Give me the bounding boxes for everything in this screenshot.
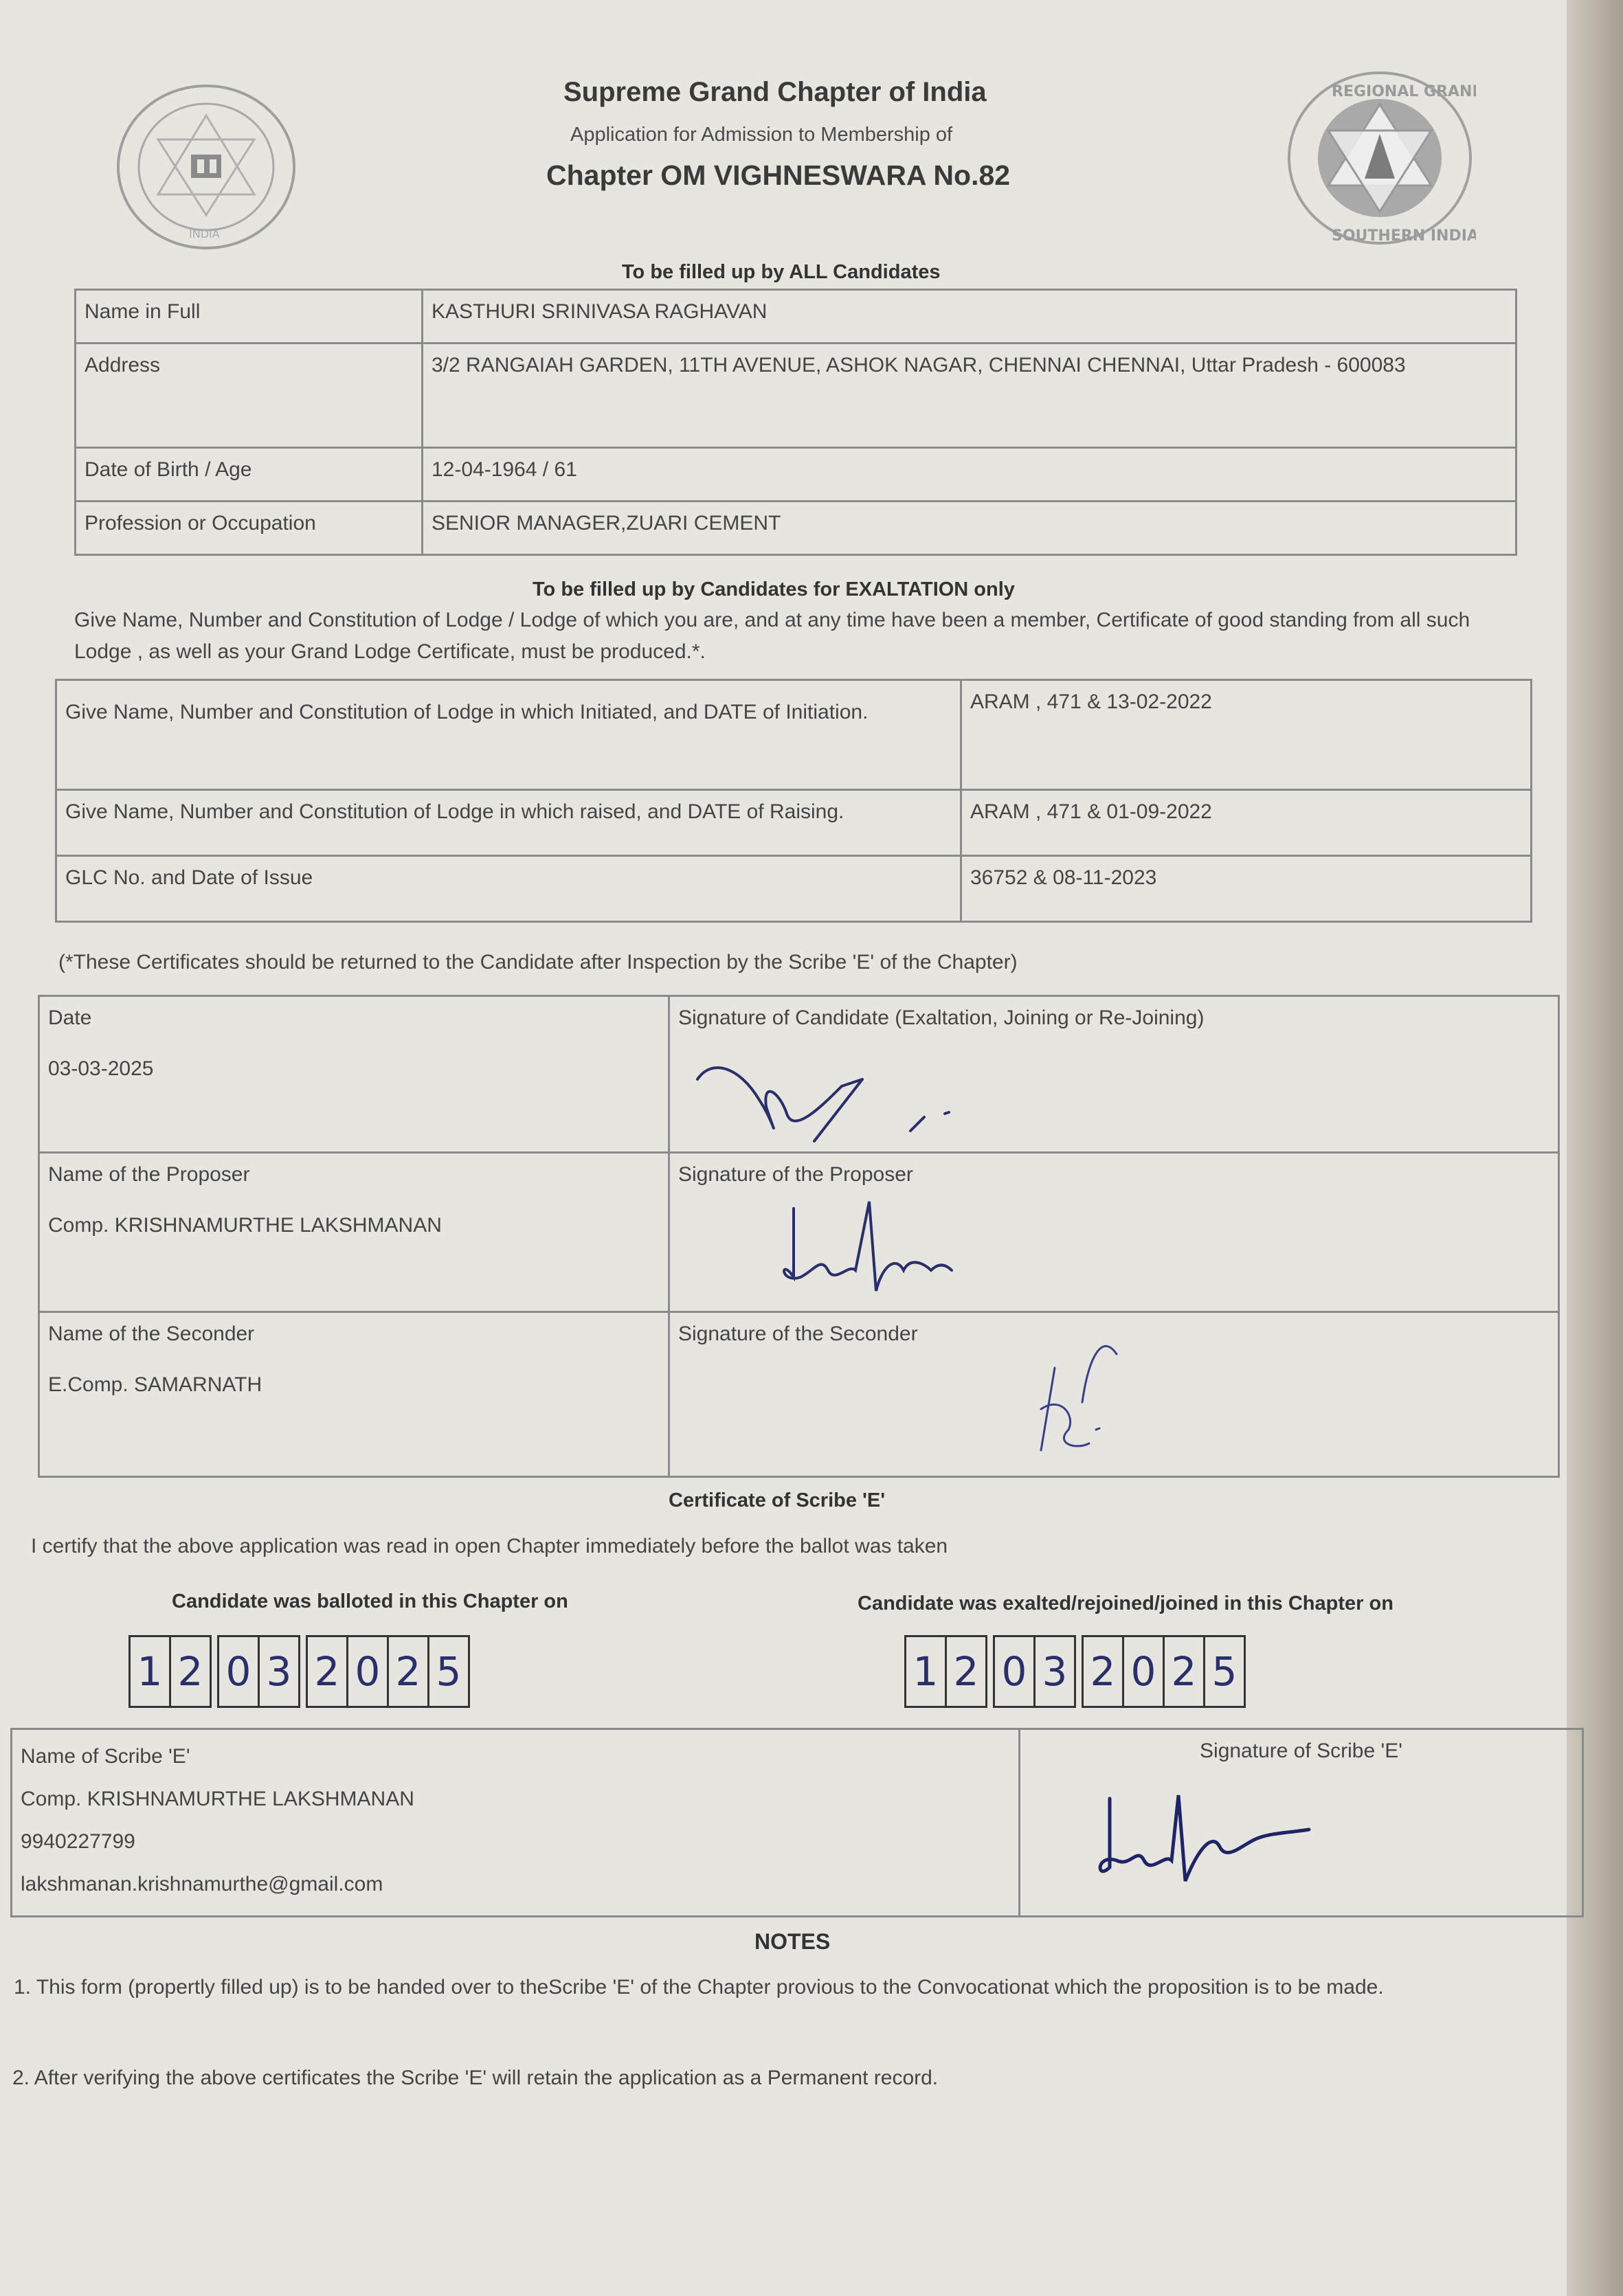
- proposer-label: Name of the Proposer: [48, 1163, 660, 1186]
- balloted-year: 2 0 2 5: [306, 1635, 470, 1708]
- table-row: Name of Scribe 'E' Comp. KRISHNAMURTHE L…: [12, 1729, 1583, 1917]
- balloted-date-boxes: 1 2 0 3 2 0 2 5: [128, 1635, 470, 1708]
- svg-text:INDIA: INDIA: [189, 227, 220, 240]
- digit-box[interactable]: 2: [1084, 1637, 1122, 1706]
- scribe-signature-icon: [1082, 1792, 1385, 1895]
- name-in-full-field[interactable]: KASTHURI SRINIVASA RAGHAVAN: [423, 290, 1516, 344]
- digit-box[interactable]: 2: [387, 1637, 427, 1706]
- field-label: Name in Full: [76, 290, 423, 344]
- application-date-field[interactable]: 03-03-2025: [48, 1057, 660, 1081]
- digit-box[interactable]: 0: [219, 1637, 258, 1706]
- exaltation-instructions: Give Name, Number and Constitution of Lo…: [74, 605, 1510, 668]
- digit-box[interactable]: 0: [346, 1637, 387, 1706]
- field-label: Profession or Occupation: [76, 502, 423, 555]
- application-subtitle: Application for Admission to Membership …: [570, 124, 952, 146]
- scribe-phone-field[interactable]: 9940227799: [21, 1821, 1010, 1863]
- digit-box[interactable]: 2: [945, 1637, 985, 1706]
- svg-text:SOUTHERN INDIA: SOUTHERN INDIA: [1332, 227, 1476, 245]
- digit-box[interactable]: 0: [995, 1637, 1033, 1706]
- digit-box[interactable]: 0: [1122, 1637, 1163, 1706]
- exalted-year: 2 0 2 5: [1082, 1635, 1246, 1708]
- paper-edge-shadow: [1567, 0, 1623, 2296]
- table-row: Profession or Occupation SENIOR MANAGER,…: [76, 502, 1516, 555]
- field-label: Give Name, Number and Constitution of Lo…: [56, 680, 961, 790]
- svg-text:REGIONAL GRAND: REGIONAL GRAND: [1332, 83, 1476, 100]
- table-row: Date 03-03-2025 Signature of Candidate (…: [39, 996, 1559, 1153]
- org-title: Supreme Grand Chapter of India: [563, 77, 987, 108]
- proposer-signature-icon: [766, 1195, 1041, 1298]
- field-label: Date of Birth / Age: [76, 448, 423, 502]
- balloted-month: 0 3: [217, 1635, 300, 1708]
- certificate-footnote: (*These Certificates should be returned …: [58, 947, 1018, 978]
- table-row: Give Name, Number and Constitution of Lo…: [56, 790, 1532, 856]
- balloted-label: Candidate was balloted in this Chapter o…: [172, 1590, 568, 1613]
- table-row: Name of the Proposer Comp. KRISHNAMURTHE…: [39, 1153, 1559, 1312]
- field-label: GLC No. and Date of Issue: [56, 856, 961, 922]
- seconder-label: Name of the Seconder: [48, 1323, 660, 1346]
- table-row: GLC No. and Date of Issue 36752 & 08-11-…: [56, 856, 1532, 922]
- raising-lodge-field[interactable]: ARAM , 471 & 01-09-2022: [961, 790, 1532, 856]
- digit-box[interactable]: 1: [906, 1637, 945, 1706]
- table-row: Date of Birth / Age 12-04-1964 / 61: [76, 448, 1516, 502]
- seconder-name-field[interactable]: E.Comp. SAMARNATH: [48, 1373, 660, 1397]
- table-row: Name of the Seconder E.Comp. SAMARNATH S…: [39, 1312, 1559, 1477]
- all-candidates-table: Name in Full KASTHURI SRINIVASA RAGHAVAN…: [74, 289, 1517, 556]
- note-item-2: 2. After verifying the above certificate…: [12, 2062, 1579, 2094]
- seal-supreme-grand-chapter-icon: INDIA: [113, 81, 299, 253]
- digit-box[interactable]: 2: [1163, 1637, 1203, 1706]
- exaltation-table: Give Name, Number and Constitution of Lo…: [55, 679, 1532, 923]
- digit-box[interactable]: 2: [308, 1637, 346, 1706]
- exalted-month: 0 3: [993, 1635, 1076, 1708]
- initiation-lodge-field[interactable]: ARAM , 471 & 13-02-2022: [961, 680, 1532, 790]
- balloted-day: 1 2: [128, 1635, 212, 1708]
- note-item-1: 1. This form (propertly filled up) is to…: [14, 1972, 1580, 2003]
- digit-box[interactable]: 5: [427, 1637, 468, 1706]
- scribe-certificate-title: Certificate of Scribe 'E': [669, 1489, 885, 1512]
- exalted-date-boxes: 1 2 0 3 2 0 2 5: [904, 1635, 1246, 1708]
- signatures-table: Date 03-03-2025 Signature of Candidate (…: [38, 995, 1560, 1478]
- table-row: Give Name, Number and Constitution of Lo…: [56, 680, 1532, 790]
- dob-age-field[interactable]: 12-04-1964 / 61: [423, 448, 1516, 502]
- digit-box[interactable]: 1: [131, 1637, 169, 1706]
- glc-field[interactable]: 36752 & 08-11-2023: [961, 856, 1532, 922]
- address-field[interactable]: 3/2 RANGAIAH GARDEN, 11TH AVENUE, ASHOK …: [423, 344, 1516, 448]
- digit-box[interactable]: 5: [1203, 1637, 1244, 1706]
- notes-title: NOTES: [754, 1929, 830, 1955]
- scribe-name-label: Name of Scribe 'E': [21, 1735, 1010, 1778]
- table-row: Address 3/2 RANGAIAH GARDEN, 11TH AVENUE…: [76, 344, 1516, 448]
- candidate-signature-label: Signature of Candidate (Exaltation, Join…: [678, 1006, 1549, 1030]
- field-label: Address: [76, 344, 423, 448]
- digit-box[interactable]: 3: [258, 1637, 298, 1706]
- exalted-label: Candidate was exalted/rejoined/joined in…: [858, 1592, 1393, 1615]
- seconder-signature-icon: [1014, 1327, 1185, 1464]
- chapter-name: Chapter OM VIGHNESWARA No.82: [546, 159, 1010, 192]
- date-label: Date: [48, 1006, 660, 1030]
- digit-box[interactable]: 3: [1033, 1637, 1074, 1706]
- occupation-field[interactable]: SENIOR MANAGER,ZUARI CEMENT: [423, 502, 1516, 555]
- scribe-email-field[interactable]: lakshmanan.krishnamurthe@gmail.com: [21, 1863, 1010, 1906]
- proposer-name-field[interactable]: Comp. KRISHNAMURTHE LAKSHMANAN: [48, 1214, 660, 1237]
- proposer-signature-label: Signature of the Proposer: [678, 1163, 1549, 1186]
- digit-box[interactable]: 2: [169, 1637, 210, 1706]
- seal-regional-grand-chapter-icon: REGIONAL GRAND SOUTHERN INDIA: [1284, 69, 1476, 247]
- candidate-signature-icon: [684, 1052, 1068, 1148]
- field-label: Give Name, Number and Constitution of Lo…: [56, 790, 961, 856]
- scribe-name-field[interactable]: Comp. KRISHNAMURTHE LAKSHMANAN: [21, 1778, 1010, 1821]
- table-row: Name in Full KASTHURI SRINIVASA RAGHAVAN: [76, 290, 1516, 344]
- exaltation-title: To be filled up by Candidates for EXALTA…: [533, 578, 1015, 601]
- scribe-statement: I certify that the above application was…: [31, 1531, 948, 1562]
- all-candidates-title: To be filled up by ALL Candidates: [622, 261, 941, 284]
- exalted-day: 1 2: [904, 1635, 987, 1708]
- scribe-table: Name of Scribe 'E' Comp. KRISHNAMURTHE L…: [10, 1728, 1584, 1917]
- scribe-signature-label: Signature of Scribe 'E': [1029, 1740, 1574, 1763]
